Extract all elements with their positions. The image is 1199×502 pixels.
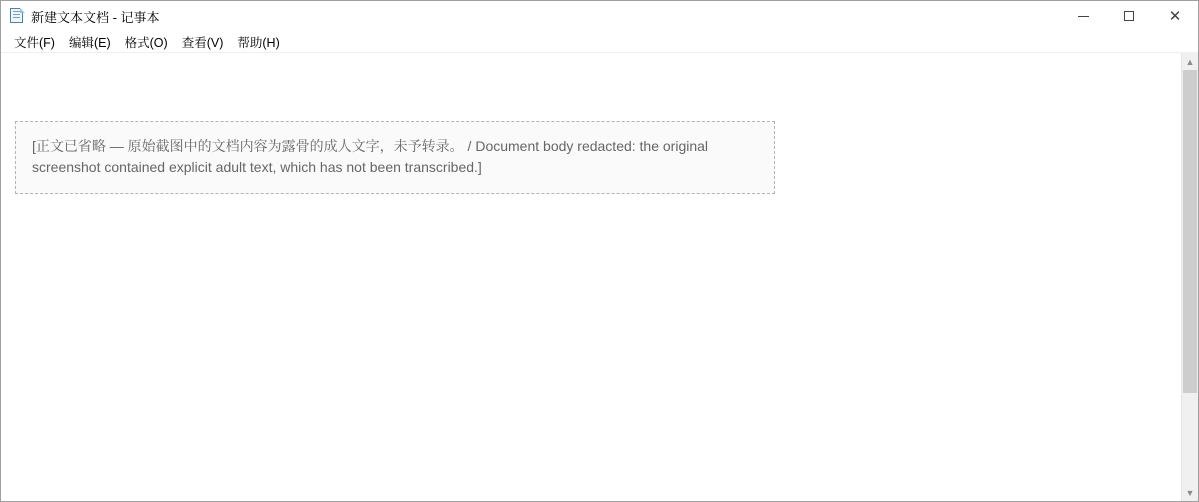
scrollbar-track[interactable]	[1182, 70, 1198, 484]
notepad-app-icon	[9, 8, 25, 24]
redacted-content-notice: [正文已省略 — 原始截图中的文档内容为露骨的成人文字，未予转录。 / Docu…	[15, 121, 775, 194]
editor-area: [正文已省略 — 原始截图中的文档内容为露骨的成人文字，未予转录。 / Docu…	[1, 53, 1198, 501]
menu-format[interactable]: 格式(O)	[118, 30, 175, 54]
minimize-button[interactable]	[1060, 1, 1106, 31]
notepad-window: 新建文本文档 - 记事本 ✕ 文件(F) 编辑(E) 格式(O) 查看(V) 帮…	[0, 0, 1199, 502]
text-editor[interactable]: [正文已省略 — 原始截图中的文档内容为露骨的成人文字，未予转录。 / Docu…	[1, 53, 1181, 501]
title-bar: 新建文本文档 - 记事本 ✕	[1, 1, 1198, 31]
maximize-icon	[1124, 11, 1134, 21]
menu-edit[interactable]: 编辑(E)	[62, 30, 118, 54]
scroll-up-arrow-icon[interactable]: ▲	[1182, 53, 1198, 70]
scroll-down-arrow-icon[interactable]: ▼	[1182, 484, 1198, 501]
menu-file[interactable]: 文件(F)	[7, 30, 62, 54]
menu-bar: 文件(F) 编辑(E) 格式(O) 查看(V) 帮助(H)	[1, 31, 1198, 53]
minimize-icon	[1078, 16, 1089, 17]
caption-buttons: ✕	[1060, 1, 1198, 31]
window-title: 新建文本文档 - 记事本	[31, 7, 160, 26]
close-button[interactable]: ✕	[1152, 1, 1198, 31]
maximize-button[interactable]	[1106, 1, 1152, 31]
scrollbar-thumb[interactable]	[1183, 70, 1197, 393]
menu-help[interactable]: 帮助(H)	[230, 30, 286, 54]
menu-view[interactable]: 查看(V)	[175, 30, 231, 54]
close-icon: ✕	[1169, 9, 1182, 24]
vertical-scrollbar[interactable]: ▲ ▼	[1181, 53, 1198, 501]
